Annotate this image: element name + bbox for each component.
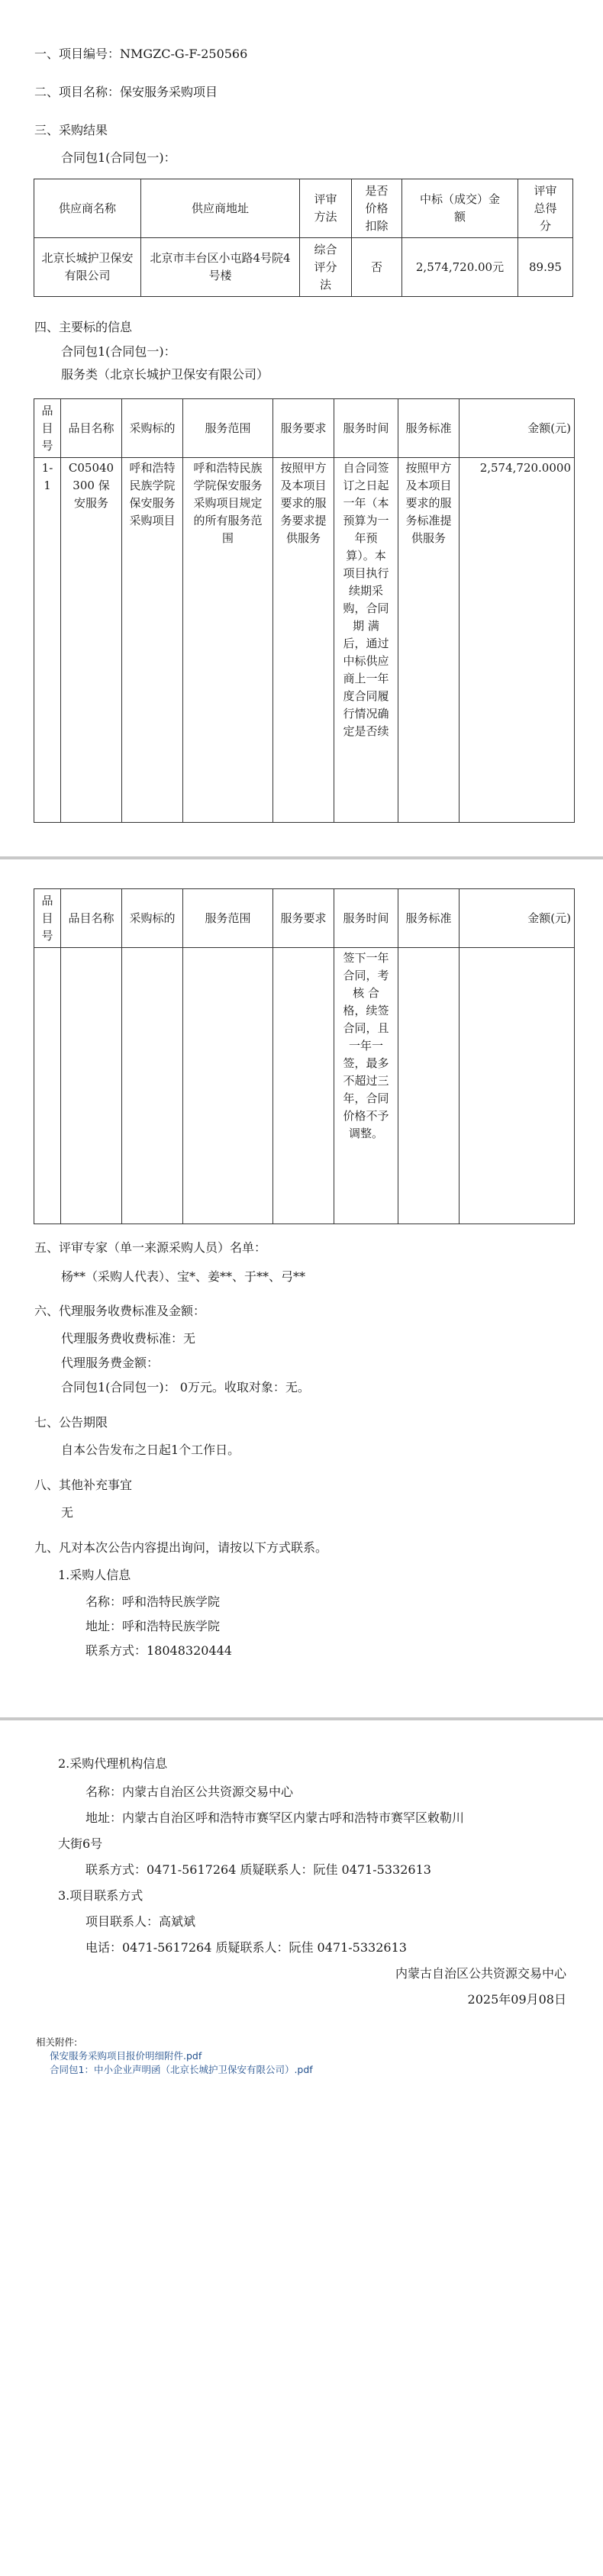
service-scope: 呼和浩特民族学院保安服务采购项目规定的所有服务范围 (183, 458, 273, 823)
result-table-header: 供应商名称 供应商地址 评审方法 是否价格扣除 中标（成交）金额 评审总得分 (34, 179, 573, 238)
agency-address-line1: 地址：内蒙古自治区呼和浩特市赛罕区内蒙古呼和浩特市赛罕区敕勒川 (85, 1808, 464, 1826)
item-no: 1-1 (34, 458, 61, 823)
col-target: 采购标的 (122, 399, 183, 458)
col-scope: 服务范围 (183, 889, 273, 948)
empty-cell (34, 948, 61, 1224)
col-time: 服务时间 (334, 399, 398, 458)
attachment-link-sme-declaration[interactable]: 合同包1：中小企业声明函（北京长城护卫保安有限公司）.pdf (50, 2062, 313, 2076)
notice-period-text: 自本公告发布之日起1个工作日。 (61, 1440, 240, 1458)
table-row: 北京长城护卫保安有限公司 北京市丰台区小屯路4号院4号楼 综合评分法 否 2,5… (34, 238, 573, 297)
item-table-part2: 品目号 品目名称 采购标的 服务范围 服务要求 服务时间 服务标准 金额(元) … (34, 888, 575, 1224)
agency-fee-amount-label: 代理服务费金额： (61, 1353, 159, 1371)
col-scope: 服务范围 (183, 399, 273, 458)
award-amount: 2,574,720.00元 (402, 238, 518, 297)
results-package-label: 合同包1(合同包一)： (61, 148, 176, 166)
expert-list: 杨**（采购人代表）、宝*、姜**、于**、弓** (61, 1267, 305, 1285)
service-time: 自合同签订之日起一年（本预算为一年预算）。本项目执行续期采购，合同期 满后，通过… (334, 458, 398, 823)
item-table-header: 品目号 品目名称 采购标的 服务范围 服务要求 服务时间 服务标准 金额(元) (34, 399, 575, 458)
section-heading-agency-fee: 六、代理服务收费标准及金额： (34, 1301, 205, 1319)
item-table-part1: 品目号 品目名称 采购标的 服务范围 服务要求 服务时间 服务标准 金额(元) … (34, 398, 575, 823)
buyer-address: 地址：呼和浩特民族学院 (85, 1617, 220, 1634)
buyer-name: 名称：呼和浩特民族学院 (85, 1592, 220, 1610)
col-item-no: 品目号 (34, 399, 61, 458)
col-target: 采购标的 (122, 889, 183, 948)
item-name: C05040300 保安服务 (61, 458, 122, 823)
project-number: 一、项目编号：NMGZC-G-F-250566 (34, 44, 247, 62)
col-item-name: 品目名称 (61, 399, 122, 458)
item-table-header: 品目号 品目名称 采购标的 服务范围 服务要求 服务时间 服务标准 金额(元) (34, 889, 575, 948)
supplier-address: 北京市丰台区小屯路4号院4号楼 (141, 238, 300, 297)
section-heading-results: 三、采购结果 (34, 121, 108, 138)
page-break (0, 1717, 603, 1720)
page-break (0, 856, 603, 859)
agency-address-line2: 大街6号 (58, 1834, 102, 1852)
items-category: 服务类（北京长城护卫保安有限公司） (61, 365, 269, 382)
col-total-score: 评审总得分 (518, 179, 573, 238)
empty-cell (61, 948, 122, 1224)
section-heading-notice-period: 七、公告期限 (34, 1413, 108, 1430)
col-time: 服务时间 (334, 889, 398, 948)
empty-cell (122, 948, 183, 1224)
procurement-target: 呼和浩特民族学院保安服务采购项目 (122, 458, 183, 823)
table-row: 1-1 C05040300 保安服务 呼和浩特民族学院保安服务采购项目 呼和浩特… (34, 458, 575, 823)
price-deduction: 否 (352, 238, 402, 297)
col-requirement: 服务要求 (273, 399, 334, 458)
review-method: 综合评分法 (300, 238, 352, 297)
col-standard: 服务标准 (398, 889, 460, 948)
agency-name: 名称：内蒙古自治区公共资源交易中心 (85, 1782, 293, 1800)
amount: 2,574,720.0000 (460, 458, 575, 823)
agency-contact: 联系方式：0471-5617264 质疑联系人：阮佳 0471-5332613 (85, 1860, 431, 1878)
agency-fee-standard: 代理服务费收费标准：无 (61, 1329, 195, 1346)
section-heading-other: 八、其他补充事宜 (34, 1475, 132, 1493)
table-row-continued: 签下一年合同，考核 合格，续签合同，且一年一签，最多不超过三年，合同价格不予调整… (34, 948, 575, 1224)
empty-cell (183, 948, 273, 1224)
col-requirement: 服务要求 (273, 889, 334, 948)
col-item-no: 品目号 (34, 889, 61, 948)
project-contact-title: 3.项目联系方式 (58, 1886, 143, 1904)
col-amount: 金额(元) (460, 399, 575, 458)
service-standard: 按照甲方及本项目要求的服务标准提供服务 (398, 458, 460, 823)
supplier-name: 北京长城护卫保安有限公司 (34, 238, 141, 297)
attachments-title: 相关附件: (36, 2035, 77, 2049)
agency-fee-package-amount: 合同包1(合同包一)： 0万元。收取对象：无。 (61, 1378, 310, 1395)
project-contact-phone: 电话：0471-5617264 质疑联系人：阮佳 0471-5332613 (85, 1938, 407, 1955)
project-name: 二、项目名称：保安服务采购项目 (34, 82, 218, 100)
col-review-method: 评审方法 (300, 179, 352, 238)
col-amount: 金额(元) (460, 889, 575, 948)
agency-info-title: 2.采购代理机构信息 (58, 1754, 167, 1772)
items-package-label: 合同包1(合同包一)： (61, 342, 176, 359)
attachment-link-quote-detail[interactable]: 保安服务采购项目报价明细附件.pdf (50, 2049, 202, 2062)
other-text: 无 (61, 1503, 73, 1520)
project-contact-person: 项目联系人：高斌斌 (85, 1912, 195, 1930)
signature-date: 2025年09月08日 (468, 1990, 566, 2007)
col-supplier-address: 供应商地址 (141, 179, 300, 238)
empty-cell (398, 948, 460, 1224)
section-heading-contact: 九、凡对本次公告内容提出询问，请按以下方式联系。 (34, 1538, 327, 1556)
service-time-continued: 签下一年合同，考核 合格，续签合同，且一年一签，最多不超过三年，合同价格不予调整… (334, 948, 398, 1224)
col-item-name: 品目名称 (61, 889, 122, 948)
service-requirement: 按照甲方及本项目要求的服务要求提供服务 (273, 458, 334, 823)
empty-cell (273, 948, 334, 1224)
total-score: 89.95 (518, 238, 573, 297)
signature-org: 内蒙古自治区公共资源交易中心 (395, 1964, 566, 1981)
col-award-amount: 中标（成交）金额 (402, 179, 518, 238)
col-supplier-name: 供应商名称 (34, 179, 141, 238)
buyer-info-title: 1.采购人信息 (58, 1565, 131, 1583)
empty-cell (460, 948, 575, 1224)
col-price-deduction: 是否价格扣除 (352, 179, 402, 238)
section-heading-items: 四、主要标的信息 (34, 318, 132, 335)
buyer-contact: 联系方式：18048320444 (85, 1641, 232, 1659)
section-heading-experts: 五、评审专家（单一来源采购人员）名单： (34, 1238, 266, 1256)
col-standard: 服务标准 (398, 399, 460, 458)
result-table: 供应商名称 供应商地址 评审方法 是否价格扣除 中标（成交）金额 评审总得分 北… (34, 179, 573, 297)
